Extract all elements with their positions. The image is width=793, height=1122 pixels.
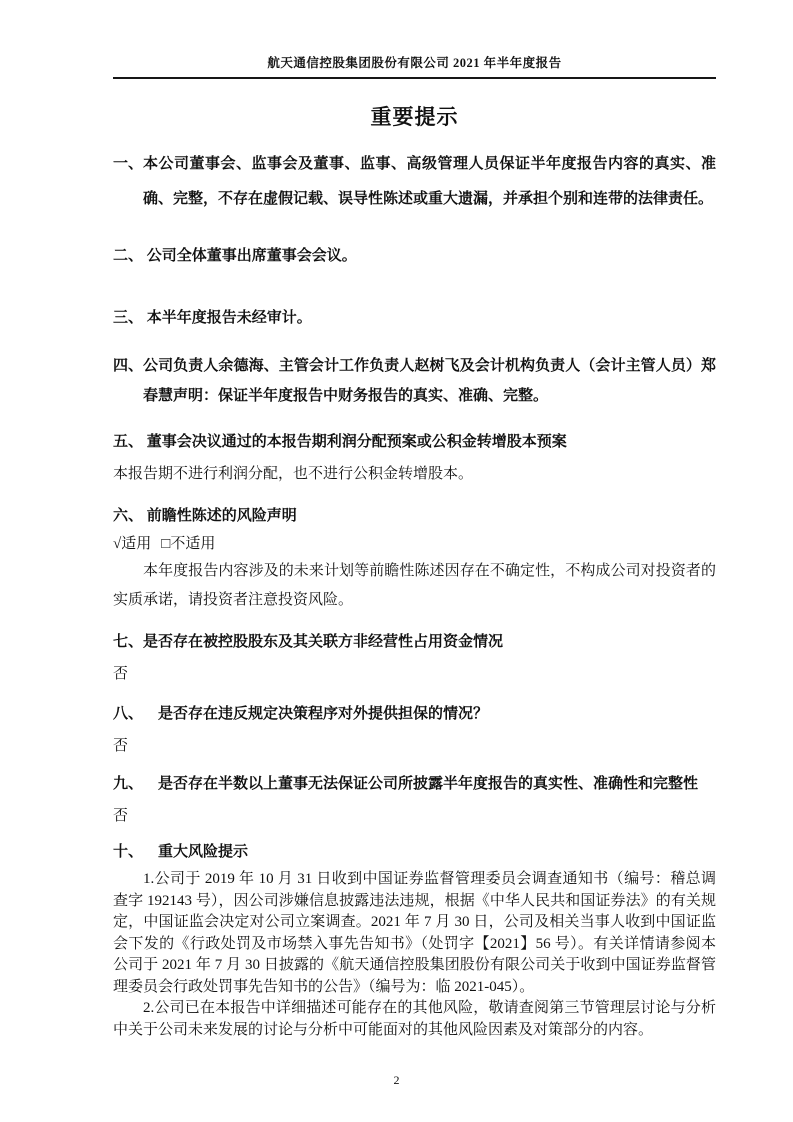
item-heading: 本公司董事会、监事会及董事、监事、高级管理人员保证半年度报告内容的真实、准确、完… <box>143 147 716 217</box>
risk-paragraph: 1.公司于 2019 年 10 月 31 日收到中国证券监督管理委员会调查通知书… <box>113 869 716 998</box>
item-number: 一、 <box>113 147 143 217</box>
notice-item-9: 九、 是否存在半数以上董事无法保证公司所披露半年度报告的真实性、准确性和完整性 <box>113 769 716 799</box>
applicability-line: √适用□不适用 <box>113 531 716 557</box>
item-number: 四、 <box>113 351 143 411</box>
item-heading: 是否存在被控股股东及其关联方非经营性占用资金情况 <box>143 627 716 657</box>
notice-item-2: 二、 公司全体董事出席董事会会议。 <box>113 241 716 271</box>
check-icon: √ <box>113 536 121 552</box>
notice-item-5: 五、 董事会决议通过的本报告期利润分配预案或公积金转增股本预案 <box>113 427 716 457</box>
item-number: 七、 <box>113 627 143 657</box>
page-number: 2 <box>394 1073 400 1087</box>
not-applicable-label: 不适用 <box>170 536 215 552</box>
item-number: 八、 <box>113 699 143 729</box>
notice-item-4: 四、 公司负责人余德海、主管会计工作负责人赵树飞及会计机构负责人（会计主管人员）… <box>113 351 716 411</box>
item-heading: 前瞻性陈述的风险声明 <box>143 501 716 531</box>
item-heading: 重大风险提示 <box>143 837 716 867</box>
item-heading: 公司负责人余德海、主管会计工作负责人赵树飞及会计机构负责人（会计主管人员）郑春慧… <box>143 351 716 411</box>
notice-item-10: 十、 重大风险提示 <box>113 837 716 867</box>
item-number: 六、 <box>113 501 143 531</box>
checkbox-icon: □ <box>161 536 170 552</box>
notice-item-3: 三、 本半年度报告未经审计。 <box>113 303 716 333</box>
running-header-text: 航天通信控股集团股份有限公司 2021 年半年度报告 <box>267 56 561 70</box>
answer-no: 否 <box>113 661 716 687</box>
header-divider <box>113 77 716 79</box>
notice-item-8: 八、 是否存在违反规定决策程序对外提供担保的情况？ <box>113 699 716 729</box>
forward-statement-body: 本年度报告内容涉及的未来计划等前瞻性陈述因存在不确定性，不构成公司对投资者的实质… <box>113 557 716 615</box>
risk-paragraph: 2.公司已在本报告中详细描述可能存在的其他风险，敬请查阅第三节管理层讨论与分析中… <box>113 998 716 1041</box>
item-number: 九、 <box>113 769 143 799</box>
item-heading: 董事会决议通过的本报告期利润分配预案或公积金转增股本预案 <box>143 427 716 457</box>
major-risk-paragraphs: 1.公司于 2019 年 10 月 31 日收到中国证券监督管理委员会调查通知书… <box>113 869 716 1041</box>
page-footer: 2 <box>0 1073 793 1088</box>
item-heading: 是否存在违反规定决策程序对外提供担保的情况？ <box>143 699 716 729</box>
answer-no: 否 <box>113 803 716 829</box>
item-number: 三、 <box>113 303 143 333</box>
item-number: 十、 <box>113 837 143 867</box>
notice-item-1: 一、 本公司董事会、监事会及董事、监事、高级管理人员保证半年度报告内容的真实、准… <box>113 147 716 217</box>
profit-distribution-statement: 本报告期不进行利润分配，也不进行公积金转增股本。 <box>113 461 716 487</box>
item-heading: 本半年度报告未经审计。 <box>143 303 716 333</box>
item-heading: 公司全体董事出席董事会会议。 <box>143 241 716 271</box>
item-heading: 是否存在半数以上董事无法保证公司所披露半年度报告的真实性、准确性和完整性 <box>143 769 716 799</box>
notice-item-6: 六、 前瞻性陈述的风险声明 <box>113 501 716 531</box>
applicable-label: 适用 <box>121 536 151 552</box>
notice-item-7: 七、 是否存在被控股股东及其关联方非经营性占用资金情况 <box>113 627 716 657</box>
report-page: 航天通信控股集团股份有限公司 2021 年半年度报告 重要提示 一、 本公司董事… <box>0 0 793 1122</box>
item-number: 五、 <box>113 427 143 457</box>
running-header: 航天通信控股集团股份有限公司 2021 年半年度报告 <box>113 55 716 71</box>
item-number: 二、 <box>113 241 143 271</box>
page-title: 重要提示 <box>113 103 716 133</box>
answer-no: 否 <box>113 733 716 759</box>
